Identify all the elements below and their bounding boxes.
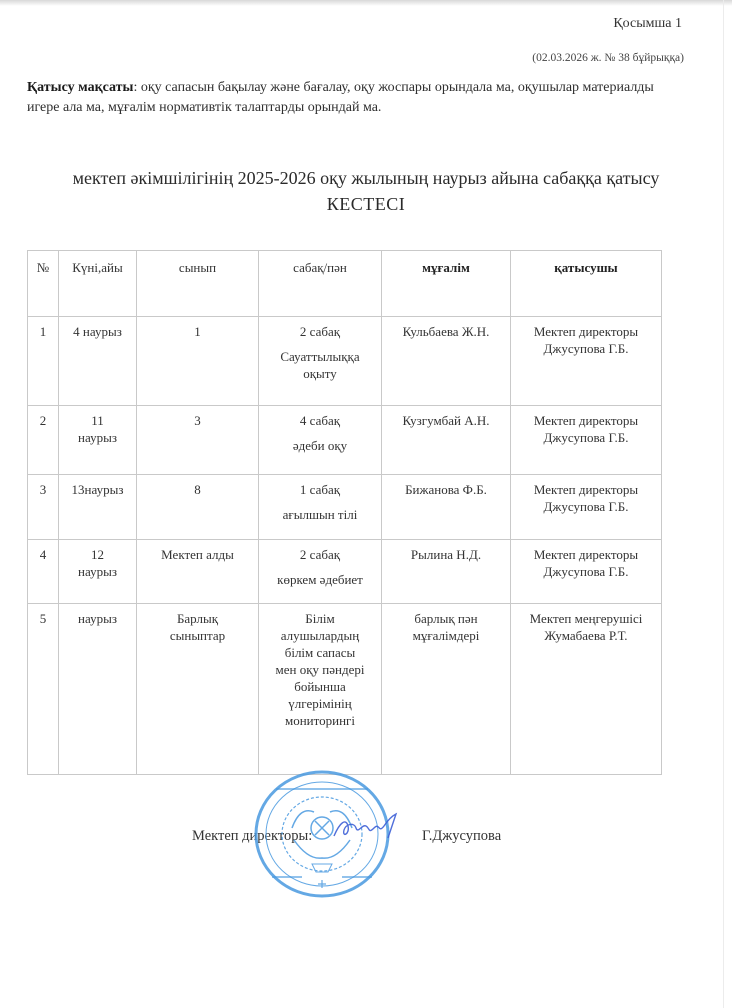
cell-lesson-line: мониторингі — [259, 712, 381, 729]
header-lesson: сабақ/пән — [259, 251, 382, 317]
cell-teacher-line: Кульбаева Ж.Н. — [382, 323, 510, 340]
cell-lesson: 2 сабақСауаттылыққаоқыту — [259, 317, 382, 406]
cell-attendee: Мектеп меңгерушісіЖумабаева Р.Т. — [511, 604, 662, 775]
cell-attendee: Мектеп директорыДжусупова Г.Б. — [511, 317, 662, 406]
cell-class: 3 — [137, 406, 259, 475]
cell-date: 12наурыз — [59, 540, 137, 604]
document-title: мектеп әкімшілігінің 2025-2026 оқу жылын… — [0, 168, 732, 189]
cell-number: 5 — [28, 604, 59, 775]
cell-lesson-line: 1 сабақ — [259, 481, 381, 498]
purpose-label: Қатысу мақсаты — [27, 80, 133, 95]
cell-lesson: 2 сабақкөркем әдебиет — [259, 540, 382, 604]
cell-date-line: 4 наурыз — [59, 323, 136, 340]
cell-date-line: 12 — [59, 546, 136, 563]
header-class: сынып — [137, 251, 259, 317]
cell-number: 3 — [28, 475, 59, 540]
appendix-label: Қосымша 1 — [613, 16, 682, 32]
cell-attendee: Мектеп директорыДжусупова Г.Б. — [511, 475, 662, 540]
cell-teacher: Бижанова Ф.Б. — [382, 475, 511, 540]
cell-attendee-line: Мектеп директоры — [511, 481, 661, 498]
cell-class-line: 8 — [137, 481, 258, 498]
cell-date-line: 11 — [59, 412, 136, 429]
cell-teacher-line: Бижанова Ф.Б. — [382, 481, 510, 498]
signature-icon — [330, 812, 400, 844]
cell-lesson-line: үлгерімінің — [259, 695, 381, 712]
table-row: 211наурыз34 сабақәдеби оқуКузгумбай А.Н.… — [28, 406, 662, 475]
cell-attendee-line: Джусупова Г.Б. — [511, 340, 661, 357]
cell-lesson-line — [259, 498, 381, 506]
cell-date-line: 13наурыз — [59, 481, 136, 498]
cell-attendee-line: Мектеп директоры — [511, 412, 661, 429]
cell-teacher: Рылина Н.Д. — [382, 540, 511, 604]
cell-attendee-line: Джусупова Г.Б. — [511, 498, 661, 515]
order-reference: (02.03.2026 ж. № 38 бұйрыққа) — [532, 52, 684, 64]
cell-attendee-line: Джусупова Г.Б. — [511, 429, 661, 446]
cell-lesson-line: көркем әдебиет — [259, 571, 381, 588]
cell-date-line: наурыз — [59, 610, 136, 627]
cell-date-line: наурыз — [59, 563, 136, 580]
cell-number: 1 — [28, 317, 59, 406]
cell-teacher: Кульбаева Ж.Н. — [382, 317, 511, 406]
cell-lesson-line: алушылардың — [259, 627, 381, 644]
scan-top-edge — [0, 0, 732, 6]
cell-teacher: барлық пәнмұғалімдері — [382, 604, 511, 775]
cell-attendee-line: Мектеп директоры — [511, 546, 661, 563]
cell-date: 13наурыз — [59, 475, 137, 540]
cell-date: 4 наурыз — [59, 317, 137, 406]
cell-attendee-line: Джусупова Г.Б. — [511, 563, 661, 580]
attendance-schedule-table: № Күні,айы сынып сабақ/пән мұғалім қатыс… — [27, 250, 662, 775]
cell-lesson-line: оқыту — [259, 365, 381, 382]
header-number: № — [28, 251, 59, 317]
cell-class: 1 — [137, 317, 259, 406]
cell-class-line: Мектеп алды — [137, 546, 258, 563]
cell-number: 2 — [28, 406, 59, 475]
cell-lesson-line: әдеби оқу — [259, 437, 381, 454]
cell-lesson-line — [259, 563, 381, 571]
purpose-paragraph: Қатысу мақсаты: оқу сапасын бақылау және… — [27, 78, 667, 118]
cell-class: Барлықсыныптар — [137, 604, 259, 775]
cell-attendee-line: Мектеп директоры — [511, 323, 661, 340]
header-teacher: мұғалім — [382, 251, 511, 317]
cell-lesson-line: Білім — [259, 610, 381, 627]
cell-lesson-line: бойынша — [259, 678, 381, 695]
table-row: 412наурызМектеп алды2 сабақкөркем әдебие… — [28, 540, 662, 604]
cell-class: Мектеп алды — [137, 540, 259, 604]
table-header-row: № Күні,айы сынып сабақ/пән мұғалім қатыс… — [28, 251, 662, 317]
cell-lesson-line: 2 сабақ — [259, 323, 381, 340]
cell-teacher-line: мұғалімдері — [382, 627, 510, 644]
cell-lesson: 1 сабақағылшын тілі — [259, 475, 382, 540]
cell-lesson: Білімалушылардыңбілім сапасымен оқу пәнд… — [259, 604, 382, 775]
cell-lesson-line — [259, 429, 381, 437]
cell-attendee: Мектеп директорыДжусупова Г.Б. — [511, 406, 662, 475]
cell-teacher-line: Рылина Н.Д. — [382, 546, 510, 563]
cell-class-line: сыныптар — [137, 627, 258, 644]
cell-class: 8 — [137, 475, 259, 540]
cell-date: 11наурыз — [59, 406, 137, 475]
cell-class-line: Барлық — [137, 610, 258, 627]
table-row: 14 наурыз12 сабақСауаттылыққаоқытуКульба… — [28, 317, 662, 406]
cell-teacher: Кузгумбай А.Н. — [382, 406, 511, 475]
cell-lesson: 4 сабақәдеби оқу — [259, 406, 382, 475]
cell-lesson-line: 2 сабақ — [259, 546, 381, 563]
table-row: 5наурызБарлықсыныптарБілімалушылардыңбіл… — [28, 604, 662, 775]
header-date: Күні,айы — [59, 251, 137, 317]
cell-class-line: 1 — [137, 323, 258, 340]
cell-attendee: Мектеп директорыДжусупова Г.Б. — [511, 540, 662, 604]
cell-lesson-line: мен оқу пәндері — [259, 661, 381, 678]
table-row: 313наурыз81 сабақағылшын тіліБижанова Ф.… — [28, 475, 662, 540]
cell-attendee-line: Жумабаева Р.Т. — [511, 627, 661, 644]
cell-date-line: наурыз — [59, 429, 136, 446]
cell-attendee-line: Мектеп меңгерушісі — [511, 610, 661, 627]
cell-teacher-line: барлық пән — [382, 610, 510, 627]
cell-lesson-line: 4 сабақ — [259, 412, 381, 429]
cell-class-line: 3 — [137, 412, 258, 429]
cell-lesson-line: ағылшын тілі — [259, 506, 381, 523]
cell-number: 4 — [28, 540, 59, 604]
scan-right-edge — [723, 0, 724, 1008]
signature-name: Г.Джусупова — [422, 828, 501, 845]
cell-lesson-line: білім сапасы — [259, 644, 381, 661]
cell-lesson-line — [259, 340, 381, 348]
cell-date: наурыз — [59, 604, 137, 775]
document-title-schedule: КЕСТЕСІ — [0, 194, 732, 215]
cell-lesson-line: Сауаттылыққа — [259, 348, 381, 365]
header-attendee: қатысушы — [511, 251, 662, 317]
cell-teacher-line: Кузгумбай А.Н. — [382, 412, 510, 429]
